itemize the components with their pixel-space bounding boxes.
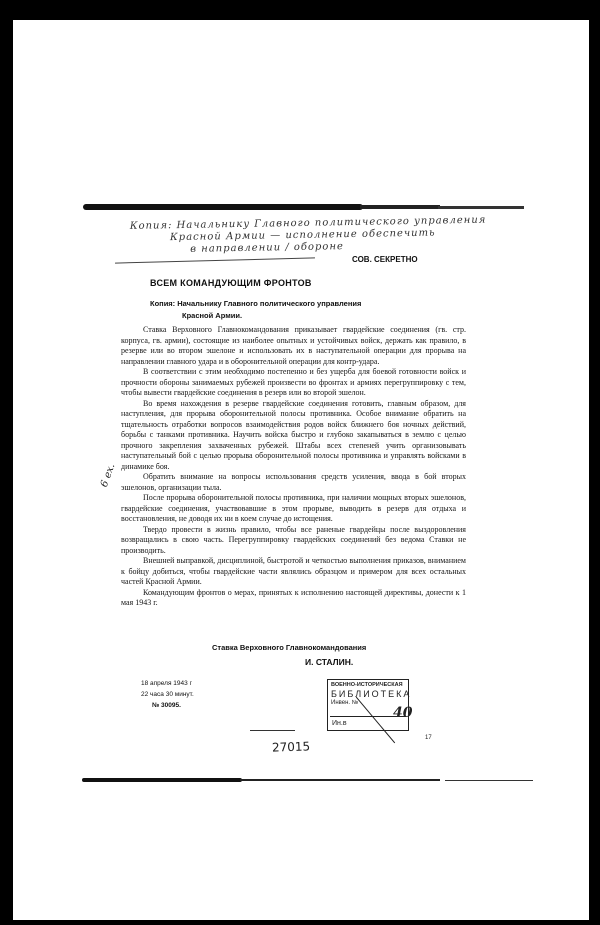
bottom-rule-segment xyxy=(445,780,533,781)
signature-name: И. СТАЛИН. xyxy=(305,657,353,667)
top-rule-segment xyxy=(360,205,440,209)
document-title: ВСЕМ КОМАНДУЮЩИМ ФРОНТОВ xyxy=(150,278,312,288)
stamp-line: БИБЛИОТЕКА xyxy=(331,690,405,699)
stamp-line: Ин.в xyxy=(332,719,347,728)
paragraph: Ставка Верховного Главнокомандования при… xyxy=(121,325,466,367)
paragraph: Внешней выправкой, дисциплиной, быстрото… xyxy=(121,556,466,588)
classification-label: СОВ. СЕКРЕТНО xyxy=(352,255,418,264)
paragraph: Командующим фронтов о мерах, принятых к … xyxy=(121,588,466,609)
page-number: 17 xyxy=(425,735,432,741)
handwritten-annotation: Копия: Начальнику Главного политического… xyxy=(130,215,461,257)
document-metadata: 18 апреля 1943 г 22 часа 30 минут. № 300… xyxy=(141,678,194,711)
document-date: 18 апреля 1943 г xyxy=(141,680,192,687)
top-rule xyxy=(83,204,363,210)
stamp-handwritten-mark: 40 xyxy=(393,705,412,721)
paragraph: В соответствии с этим необходимо постепе… xyxy=(121,367,466,399)
directive-body: Ставка Верховного Главнокомандования при… xyxy=(121,325,466,609)
top-rule-segment xyxy=(438,206,524,209)
document-time: 22 часа 30 минут. xyxy=(141,691,194,698)
archive-number: 27015 xyxy=(272,739,311,754)
paragraph: Твердо провести в жизнь правило, чтобы в… xyxy=(121,525,466,557)
document-number: № 30095. xyxy=(141,700,194,711)
paragraph: Во время нахождения в резерве гвардейски… xyxy=(121,399,466,473)
copy-line: Копия: Начальнику Главного политического… xyxy=(150,299,361,308)
signature-organization: Ставка Верховного Главнокомандования xyxy=(212,643,366,652)
bottom-rule-segment xyxy=(240,779,440,781)
paragraph: После прорыва оборонительной полосы прот… xyxy=(121,493,466,525)
underline-mark xyxy=(250,730,295,731)
copy-recipient: Копия: Начальнику Главного политического… xyxy=(150,298,361,322)
copy-line: Красной Армии. xyxy=(150,310,361,322)
paragraph: Обратить внимание на вопросы использован… xyxy=(121,472,466,493)
bottom-rule xyxy=(82,778,242,782)
